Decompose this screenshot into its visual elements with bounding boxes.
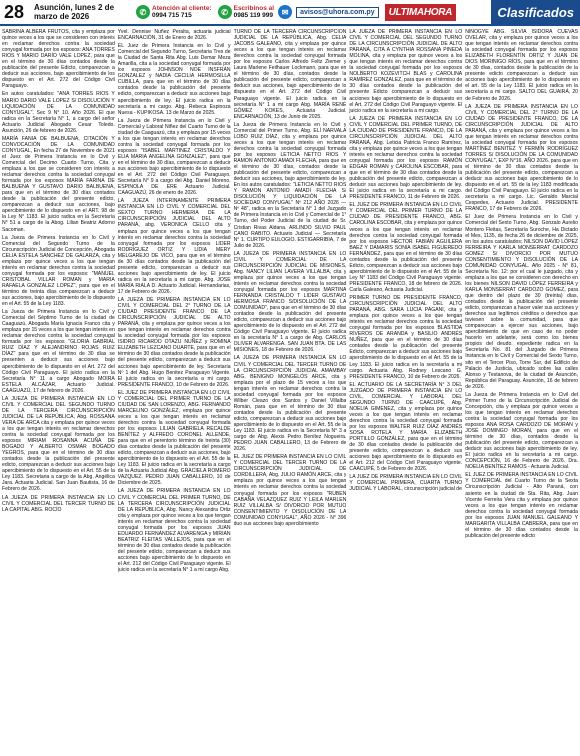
column-1: SABRINA ALBERÁ FRUTOS, cita y emplaza po… [2, 29, 115, 754]
notice: Yvel. Dennise Nuñez Peralta, actuaria ju… [118, 29, 231, 41]
notice: La Jueza de Primera Instancia en lo Civi… [234, 122, 347, 249]
column-4: LA JUEZA DE PRIMERA INSTANCIA EN LO CIVI… [349, 29, 462, 754]
contact-customer-service: ✆ Atención al cliente: 0994 715 715 [136, 5, 212, 19]
column-5: NINOGYE ABG. SILVIA ISIDORA CUEVAS OVELA… [465, 29, 578, 754]
notice: NINOGYE ABG. SILVIA ISIDORA CUEVAS OVELA… [465, 29, 578, 102]
notice: EL JUEZ DE PRIMERA INSTANCIA EN LO CIVIL… [234, 454, 347, 527]
contact-email: ✉ avisos@uhora.com.py [278, 5, 379, 19]
page-date: Asunción, lunes 2 de marzo de 2026 [34, 3, 134, 21]
contact-label: Atención al cliente: [152, 5, 212, 12]
notice: EL Juez de Primera Instancia en lo Civil… [118, 43, 231, 116]
brand-logo: ULTIMAHORA [385, 4, 456, 21]
contact-phone[interactable]: 0985 119 999 [234, 12, 274, 19]
classifieds-columns: SABRINA ALBERÁ FRUTOS, cita y emplaza po… [2, 29, 578, 754]
notice: SABRINA ALBERÁ FRUTOS, cita y emplaza po… [2, 29, 115, 89]
notice: LA JUEZA DE PRIMERA INSTANCIA EN LO CIVI… [349, 116, 462, 201]
contact-phone[interactable]: 0994 715 715 [152, 12, 212, 19]
notice: LA JUEZA DE PRIMERA INSTANCIA EN LO CIVI… [118, 297, 231, 388]
notice: LA JUEZA INTERINAMENTE PRIMERA INSTANCIA… [118, 198, 231, 295]
page-number: 28 [4, 2, 30, 23]
notice: TURNO DE LA TERCERA CIRCUNSCRIPCIÓN JUDI… [234, 29, 347, 120]
contact-label: Escribinos al [234, 5, 274, 12]
email-icon: ✉ [278, 5, 292, 19]
notice: EL JUEZ DE PRIMERA INSTANCIA EN LO CIVIL… [118, 390, 231, 487]
notice: LA JUEZA DE PRIMERA INSTANCIA EN LO CIVI… [118, 488, 231, 573]
notice: LA JUEZ DE PRIMERA INSTANCIA EN LO CIVIL… [349, 474, 462, 492]
notice: En autos caratulados: "ANA TORRES RIOS Y… [2, 91, 115, 133]
notice: LA JUEZA DE PRIMERA INSTANCIA EN LO CIVI… [2, 495, 115, 513]
column-3: TURNO DE LA TERCERA CIRCUNSCRIPCIÓN JUDI… [234, 29, 347, 754]
notice: EL JUEZ DE PRIMERA INSTANCIA EN LO CIVIL… [349, 202, 462, 293]
notice: El Juez de Primera Instancia en lo Civil… [465, 214, 578, 389]
notice: EL ACTUARIO DE LA SECRETARÍA N° 3 DEL JU… [349, 382, 462, 473]
column-2: Yvel. Dennise Nuñez Peralta, actuaria ju… [118, 29, 231, 754]
notice: PRIMER TURNO DE PRESIDENTE FRANCO, CIRCU… [349, 295, 462, 380]
notice: LA JUEZA DE PRIMERA INSTANCIA EN LO CIVI… [349, 29, 462, 114]
notice: La Jueza de Primera Instancia en lo Civi… [2, 235, 115, 308]
contact-write-us: ✆ Escribinos al 0985 119 999 [218, 5, 274, 19]
notice: EL JUEZ DE PRIMERA INSTANCIA EN LO CIVIL… [465, 472, 578, 539]
notice: LA JUEZA DE PRIMERA INSTANCIA EN LO CIVI… [234, 355, 347, 452]
notice: La Jueza de Primera Instancia en lo Civi… [2, 309, 115, 394]
email-address[interactable]: avisos@uhora.com.py [296, 7, 379, 18]
notice: LA JUEZA DE PRIMERA INSTANCIA EN LO CIVI… [2, 396, 115, 493]
notice: La Jueza de Primera Instancia en lo Civi… [118, 118, 231, 197]
notice: La Jueza de Primera Instancia en lo Civi… [465, 392, 578, 471]
notice: LA JUEZA DE PRIMERA INSTANCIA EN LO CIVI… [234, 251, 347, 354]
page-header: 28 Asunción, lunes 2 de marzo de 2026 ✆ … [0, 0, 580, 26]
notice: MARÍA FANIA DE BALBUENA, CITACIÓN Y CONV… [2, 136, 115, 233]
whatsapp-icon: ✆ [218, 5, 232, 19]
notice: LA JUEZA DE PRIMERA INSTANCIA EN LO CIVI… [465, 104, 578, 213]
section-title: Clasificados [491, 0, 580, 24]
whatsapp-icon: ✆ [136, 5, 150, 19]
